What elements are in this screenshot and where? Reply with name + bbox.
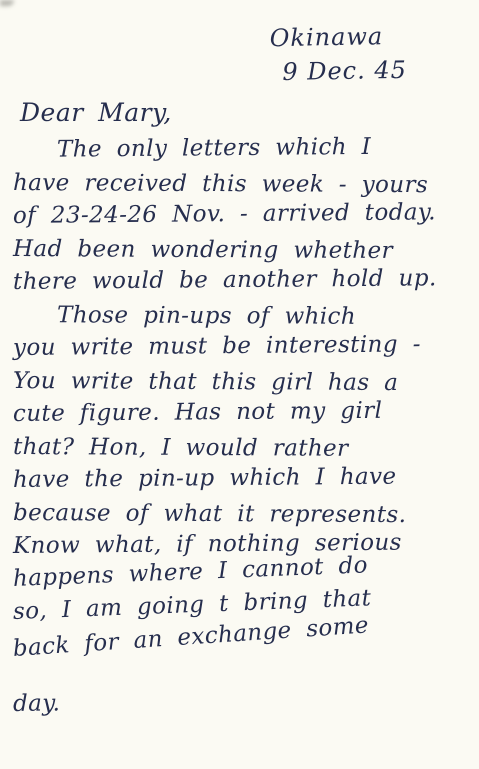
- letter-date: 9 Dec. 45: [270, 53, 407, 89]
- letter-line: have the pin-up which I have: [13, 460, 473, 497]
- letter-line: of 23-24-26 Nov. - arrived today.: [13, 196, 473, 233]
- letter-place: Okinawa: [269, 19, 406, 55]
- letter-line: The only letters which I: [13, 130, 473, 167]
- letter-body: The only letters which I have received t…: [13, 134, 473, 721]
- letter-salutation: Dear Mary,: [20, 98, 172, 127]
- letter-line: there would be another hold up.: [13, 262, 473, 299]
- letter-line: cute figure. Has not my girl: [13, 394, 473, 431]
- letter-heading: Okinawa 9 Dec. 45: [269, 19, 407, 89]
- letter-line: day.: [13, 682, 473, 721]
- letter-page: Okinawa 9 Dec. 45 Dear Mary, The only le…: [0, 0, 479, 769]
- letter-line: you write must be interesting -: [13, 328, 473, 365]
